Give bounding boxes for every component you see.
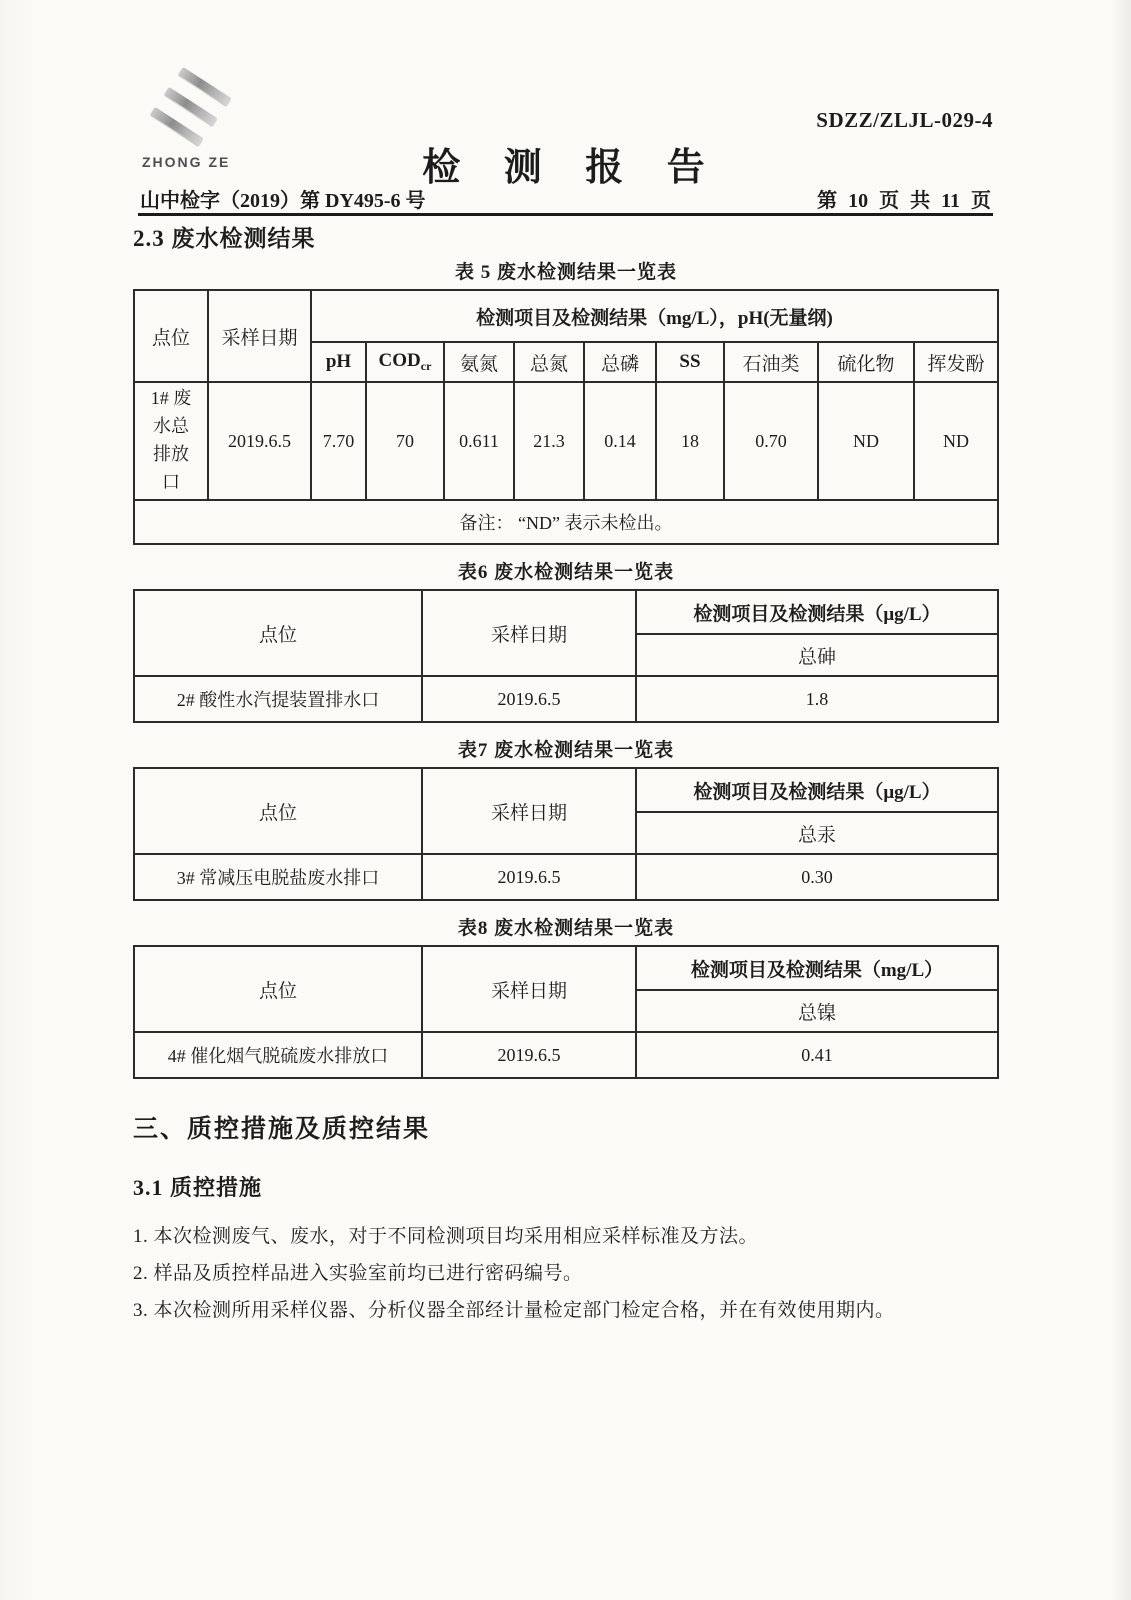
qc-item-1: 1. 本次检测废气、废水，对于不同检测项目均采用相应采样标准及方法。 [133,1218,999,1255]
table5-col-ss: SS [656,342,724,382]
table7-col-date: 采样日期 [422,768,636,854]
cell-point: 2# 酸性水汽提装置排水口 [134,676,422,722]
table-row: 2# 酸性水汽提装置排水口 2019.6.5 1.8 [134,676,998,722]
table6-col-date: 采样日期 [422,590,636,676]
table5-col-tn: 总氮 [514,342,584,382]
table5-col-point: 点位 [134,290,208,382]
table7: 点位 采样日期 检测项目及检测结果（μg/L） 总汞 3# 常减压电脱盐废水排口… [133,767,999,901]
table6-col-point: 点位 [134,590,422,676]
table8: 点位 采样日期 检测项目及检测结果（mg/L） 总镍 4# 催化烟气脱硫废水排放… [133,945,999,1079]
cell-value: 0.41 [636,1032,998,1078]
table5-caption: 表 5 废水检测结果一览表 [133,257,999,284]
document-code: SDZZ/ZLJL-029-4 [816,108,993,133]
qc-item-2: 2. 样品及质控样品进入实验室前均已进行密码编号。 [133,1255,999,1292]
cell-ss: 18 [656,382,724,500]
table6-span-header: 检测项目及检测结果（μg/L） [636,590,998,634]
table5-col-nh3n: 氨氮 [444,342,514,382]
table-row: 1# 废 水总 排放 口 2019.6.5 7.70 70 0.611 21.3… [134,382,998,500]
report-page: ZHONG ZE SDZZ/ZLJL-029-4 检 测 报 告 山中检字（20… [0,0,1131,1600]
table-row: 4# 催化烟气脱硫废水排放口 2019.6.5 0.41 [134,1032,998,1078]
cell-phenol: ND [914,382,998,500]
table5-span-header: 检测项目及检测结果（mg/L），pH(无量纲) [311,290,998,342]
cell-date: 2019.6.5 [422,854,636,900]
cell-value: 1.8 [636,676,998,722]
report-title: 检 测 报 告 [0,136,1131,191]
table8-col-point: 点位 [134,946,422,1032]
table5-col-sulfide: 硫化物 [818,342,914,382]
table8-col-date: 采样日期 [422,946,636,1032]
table6-param: 总砷 [636,634,998,676]
report-content: 2.3 废水检测结果 表 5 废水检测结果一览表 点位 采样日期 检测项目及检测… [133,220,999,1329]
cell-value: 0.30 [636,854,998,900]
cell-sulfide: ND [818,382,914,500]
page-number: 第 10 页 共 11 页 [817,184,991,213]
cell-date: 2019.6.5 [422,1032,636,1078]
cell-oil: 0.70 [724,382,818,500]
table5-col-tp: 总磷 [584,342,656,382]
table-row: 3# 常减压电脱盐废水排口 2019.6.5 0.30 [134,854,998,900]
table6-caption: 表6 废水检测结果一览表 [133,557,999,584]
header-divider [138,213,993,216]
cell-nh3n: 0.611 [444,382,514,500]
table5: 点位 采样日期 检测项目及检测结果（mg/L），pH(无量纲) pH CODcr… [133,289,999,545]
table8-span-header: 检测项目及检测结果（mg/L） [636,946,998,990]
section-heading: 2.3 废水检测结果 [133,220,999,253]
qc-items: 1. 本次检测废气、废水，对于不同检测项目均采用相应采样标准及方法。 2. 样品… [133,1218,999,1329]
table5-col-date: 采样日期 [208,290,311,382]
table8-caption: 表8 废水检测结果一览表 [133,913,999,940]
cod-label: COD [379,350,421,371]
cell-cod: 70 [366,382,444,500]
table7-span-header: 检测项目及检测结果（μg/L） [636,768,998,812]
table8-param: 总镍 [636,990,998,1032]
cell-tn: 21.3 [514,382,584,500]
cell-date: 2019.6.5 [422,676,636,722]
cell-point: 3# 常减压电脱盐废水排口 [134,854,422,900]
table7-caption: 表7 废水检测结果一览表 [133,735,999,762]
cell-point: 1# 废 水总 排放 口 [134,382,208,500]
cell-ph: 7.70 [311,382,366,500]
cell-tp: 0.14 [584,382,656,500]
report-number: 山中检字（2019）第 DY495-6 号 [140,184,426,213]
table5-col-cod: CODcr [366,342,444,382]
cell-point: 4# 催化烟气脱硫废水排放口 [134,1032,422,1078]
cell-date: 2019.6.5 [208,382,311,500]
table5-col-oil: 石油类 [724,342,818,382]
table5-col-phenol: 挥发酚 [914,342,998,382]
table7-col-point: 点位 [134,768,422,854]
qc-section-heading: 三、质控措施及质控结果 [133,1109,999,1145]
table6: 点位 采样日期 检测项目及检测结果（μg/L） 总砷 2# 酸性水汽提装置排水口… [133,589,999,723]
qc-subsection-heading: 3.1 质控措施 [133,1171,999,1202]
cod-subscript: cr [421,359,432,373]
logo-stripes-icon [142,72,242,146]
qc-item-3: 3. 本次检测所用采样仪器、分析仪器全部经计量检定部门检定合格，并在有效使用期内… [133,1292,999,1329]
table5-note: 备注： “ND” 表示未检出。 [134,500,998,544]
table5-col-ph: pH [311,342,366,382]
table7-param: 总汞 [636,812,998,854]
